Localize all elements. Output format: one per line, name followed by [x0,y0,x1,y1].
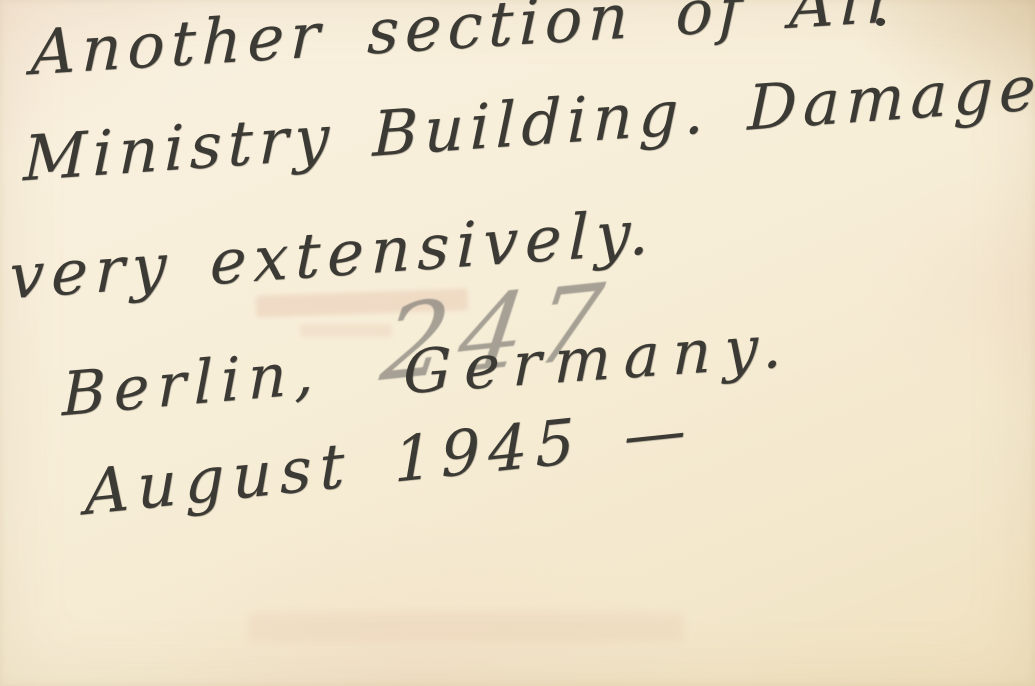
photo-back-paper: Another section of Air Ministry Building… [0,0,1035,686]
handwritten-line-berlin: Berlin, [62,337,321,430]
faint-red-stamp-fragment [300,324,392,337]
faint-red-watermark-band [248,612,684,642]
